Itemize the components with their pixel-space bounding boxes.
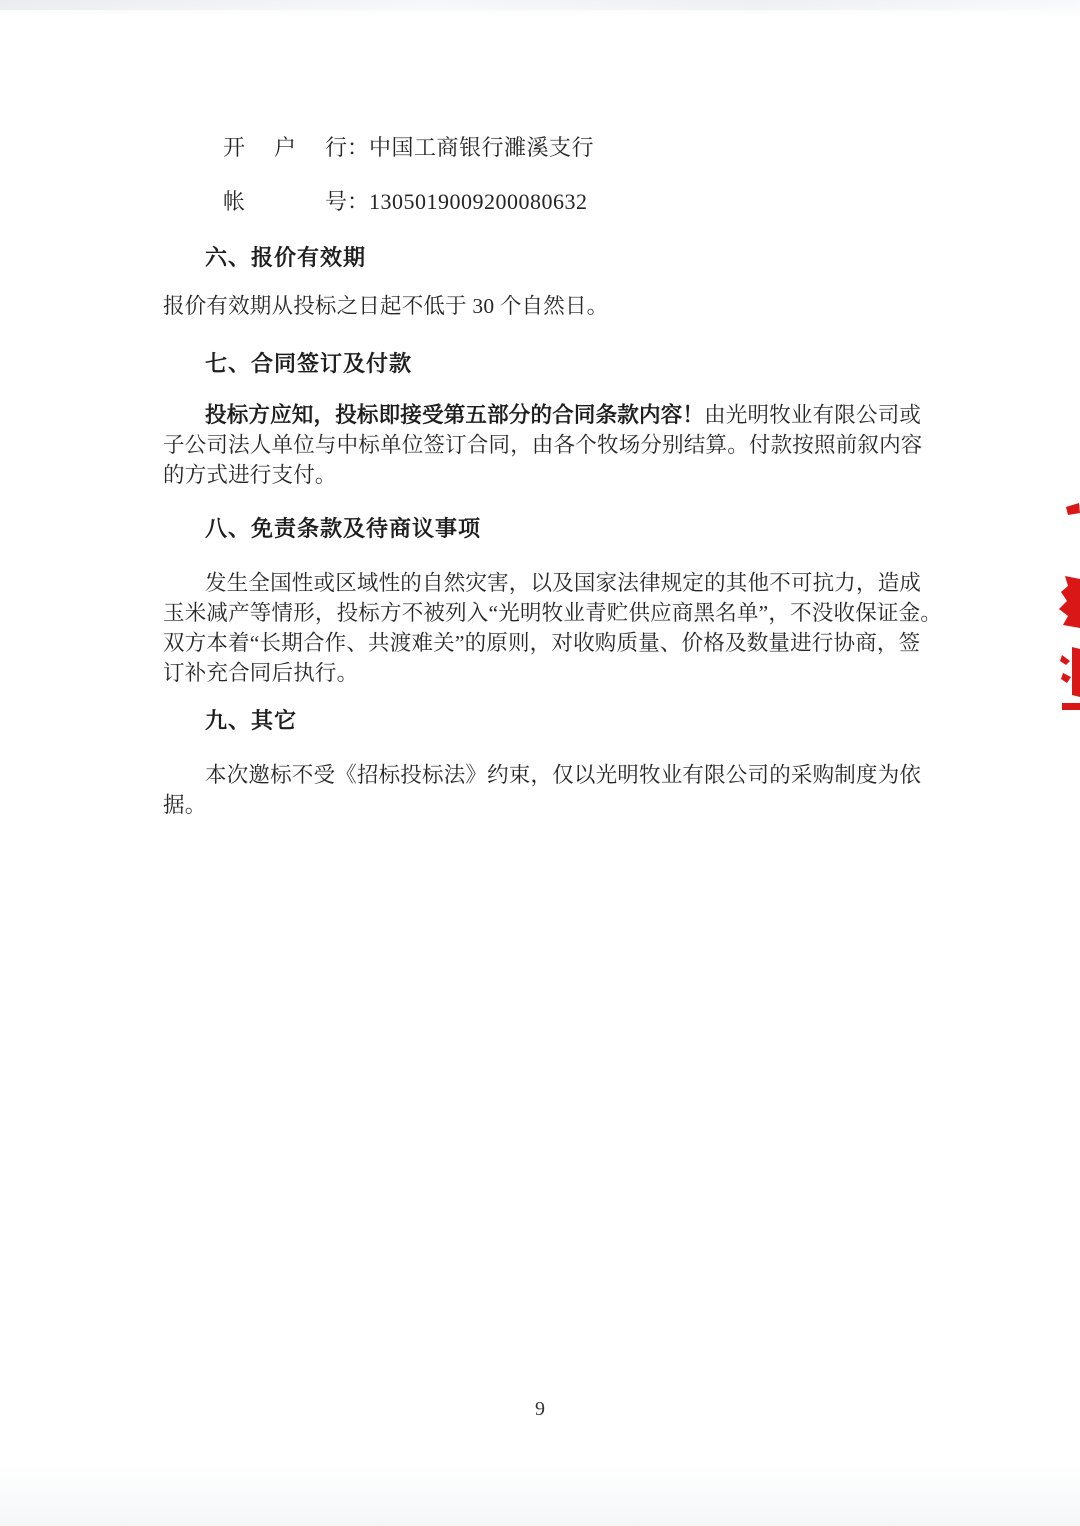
account-bank-label: 开户行	[223, 133, 347, 163]
scan-artifact-streak	[0, 0, 1080, 10]
account-bank-value: 中国工商银行濉溪支行	[369, 133, 594, 163]
bank-account-number-line: 帐号：1305019009200080632	[223, 187, 588, 217]
colon: ：	[347, 187, 369, 217]
red-stamp-fragment-icon	[1059, 576, 1080, 628]
red-stamp-fragment-icon	[1066, 503, 1080, 516]
document-page: 开户行：中国工商银行濉溪支行 帐号：1305019009200080632 六、…	[0, 0, 1080, 1526]
account-number-value: 1305019009200080632	[369, 187, 588, 217]
section-body-7: 投标方应知，投标即接受第五部分的合同条款内容！由光明牧业有限公司或 子公司法人单…	[163, 400, 979, 490]
account-number-label: 帐号	[223, 187, 347, 217]
section-heading-7: 七、合同签订及付款	[205, 351, 412, 377]
section-heading-8: 八、免责条款及待商议事项	[205, 516, 481, 542]
section-heading-9: 九、其它	[205, 708, 297, 734]
bank-account-bank-line: 开户行：中国工商银行濉溪支行	[223, 133, 594, 163]
section-body-9: 本次邀标不受《招标投标法》约束，仅以光明牧业有限公司的采购制度为依 据。	[163, 760, 979, 820]
section-body-8: 发生全国性或区域性的自然灾害，以及国家法律规定的其他不可抗力，造成 玉米减产等情…	[163, 568, 979, 688]
colon: ：	[347, 133, 369, 163]
section-body-7-bold-lead: 投标方应知，投标即接受第五部分的合同条款内容！	[205, 403, 704, 427]
section-heading-6: 六、报价有效期	[205, 245, 366, 271]
page-number: 9	[0, 1398, 1080, 1421]
red-stamp-fragment-icon	[1060, 647, 1080, 712]
section-body-6: 报价有效期从投标之日起不低于 30 个自然日。	[163, 291, 979, 321]
